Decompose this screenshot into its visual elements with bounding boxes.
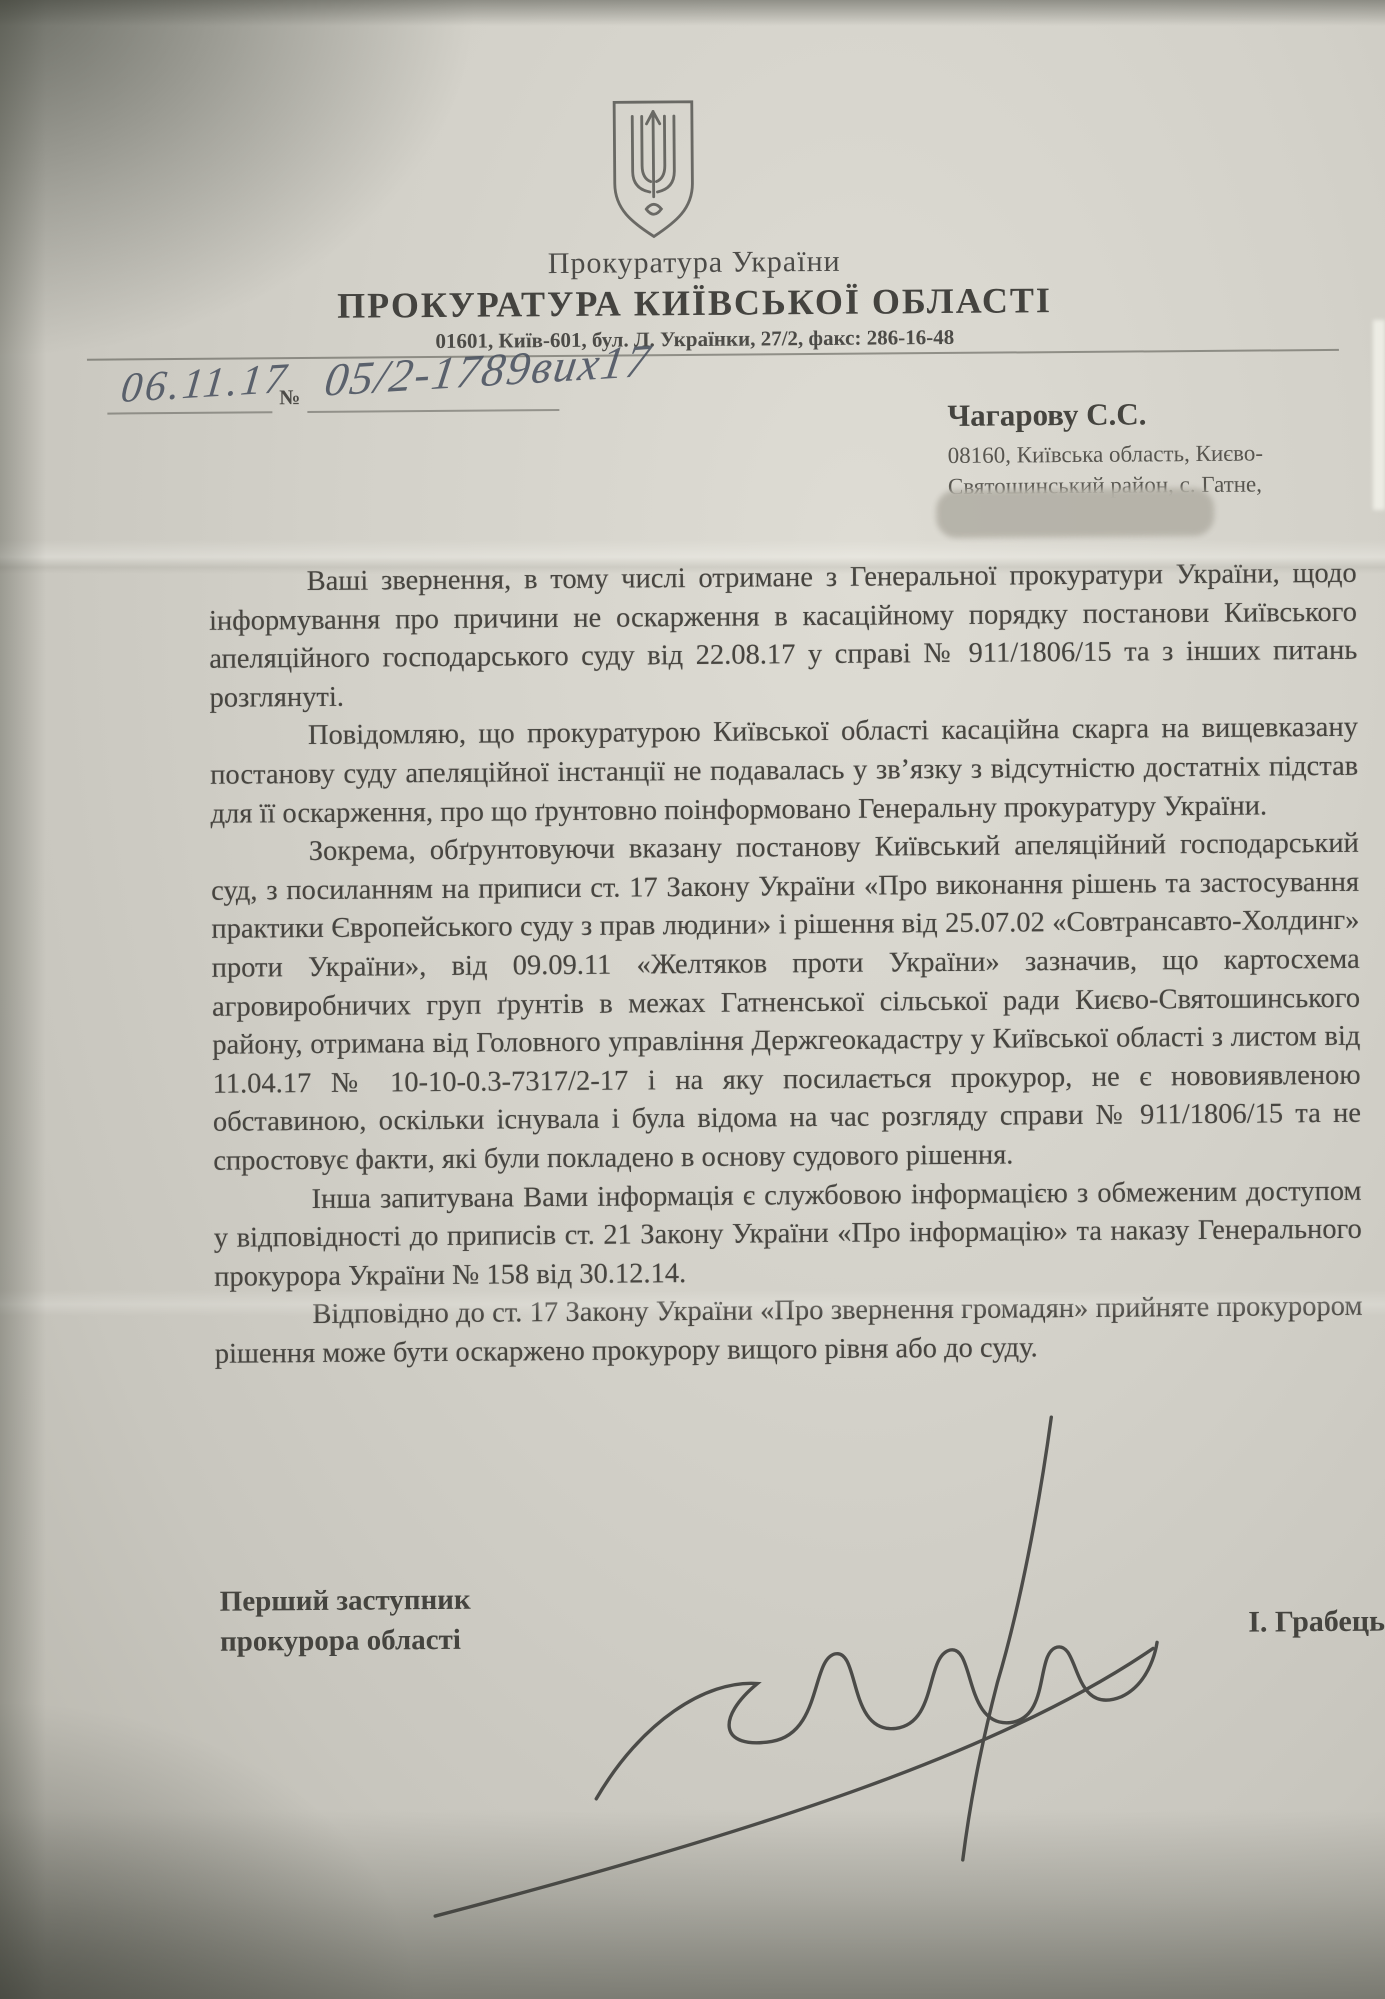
signer-name: І. Грабець: [1185, 1605, 1385, 1641]
ukraine-trident-emblem-icon: [605, 98, 702, 241]
redacted-address-blur: [936, 488, 1214, 538]
number-underline: [307, 409, 559, 413]
handwritten-signature: [383, 1386, 1207, 1952]
date-underline: [107, 411, 272, 414]
recipient-address-line1: 08160, Київська область, Києво-: [948, 437, 1308, 471]
number-sign: №: [279, 385, 300, 410]
paragraph-1: Ваші звернення, в тому числі отримане з …: [209, 555, 1358, 718]
handwritten-date: 06.11.17: [119, 355, 292, 414]
document-page: Прокуратура України ПРОКУРАТУРА КИЇВСЬКО…: [0, 0, 1385, 1999]
paragraph-3: Зокрема, обґрунтовуючи вказану постанову…: [211, 825, 1362, 1181]
paragraph-4: Інша запитувана Вами інформація є службо…: [213, 1172, 1362, 1297]
paragraph-5: Відповідно до ст. 17 Закону України «Про…: [214, 1288, 1363, 1374]
org-name-line2: ПРОКУРАТУРА КИЇВСЬКОЇ ОБЛАСТІ: [24, 277, 1364, 330]
paragraph-2: Повідомляю, що прокуратурою Київської об…: [210, 709, 1359, 834]
scanned-letter-photo: Прокуратура України ПРОКУРАТУРА КИЇВСЬКО…: [0, 0, 1385, 1999]
recipient-name: Чагарову С.С.: [947, 395, 1307, 434]
letter-body: Ваші звернення, в тому числі отримане з …: [209, 555, 1363, 1374]
recipient-block: Чагарову С.С. 08160, Київська область, К…: [947, 395, 1308, 502]
